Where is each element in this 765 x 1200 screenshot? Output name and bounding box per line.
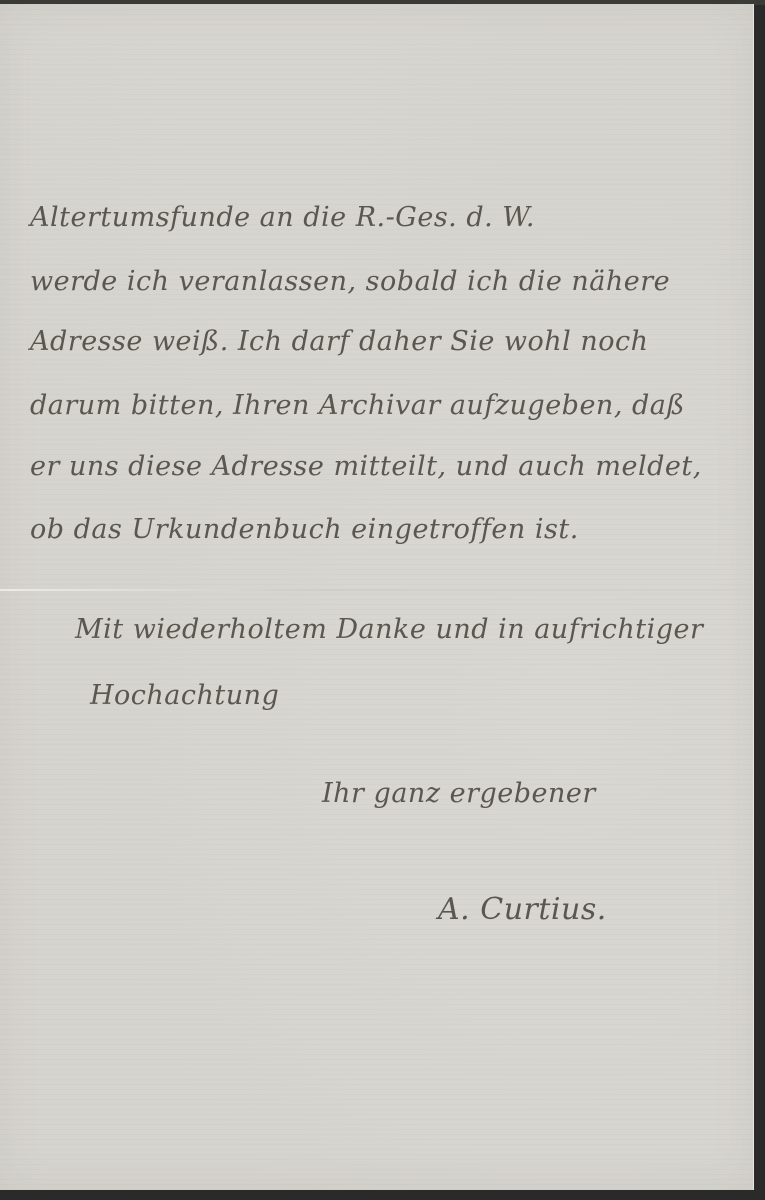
letter-line-4: darum bitten, Ihren Archivar aufzugeben,… <box>30 390 685 421</box>
letter-line-5: er uns diese Adresse mitteilt, und auch … <box>30 451 702 482</box>
letter-line-1: Altertumsfunde an die R.-Ges. d. W. <box>30 202 535 233</box>
closing-line-1: Mit wiederholtem Danke und in aufrichtig… <box>75 614 703 645</box>
closing-line-2: Hochachtung <box>90 680 279 711</box>
letter-line-3: Adresse weiß. Ich darf daher Sie wohl no… <box>30 326 649 357</box>
valediction: Ihr ganz ergebener <box>322 778 596 809</box>
signature: A. Curtius. <box>438 892 607 927</box>
paper-fold-crease <box>0 589 753 591</box>
letter-page: Altertumsfunde an die R.-Ges. d. W. werd… <box>0 4 754 1190</box>
letter-line-2: werde ich veranlassen, sobald ich die nä… <box>30 266 670 297</box>
letter-line-6: ob das Urkundenbuch eingetroffen ist. <box>30 514 579 545</box>
